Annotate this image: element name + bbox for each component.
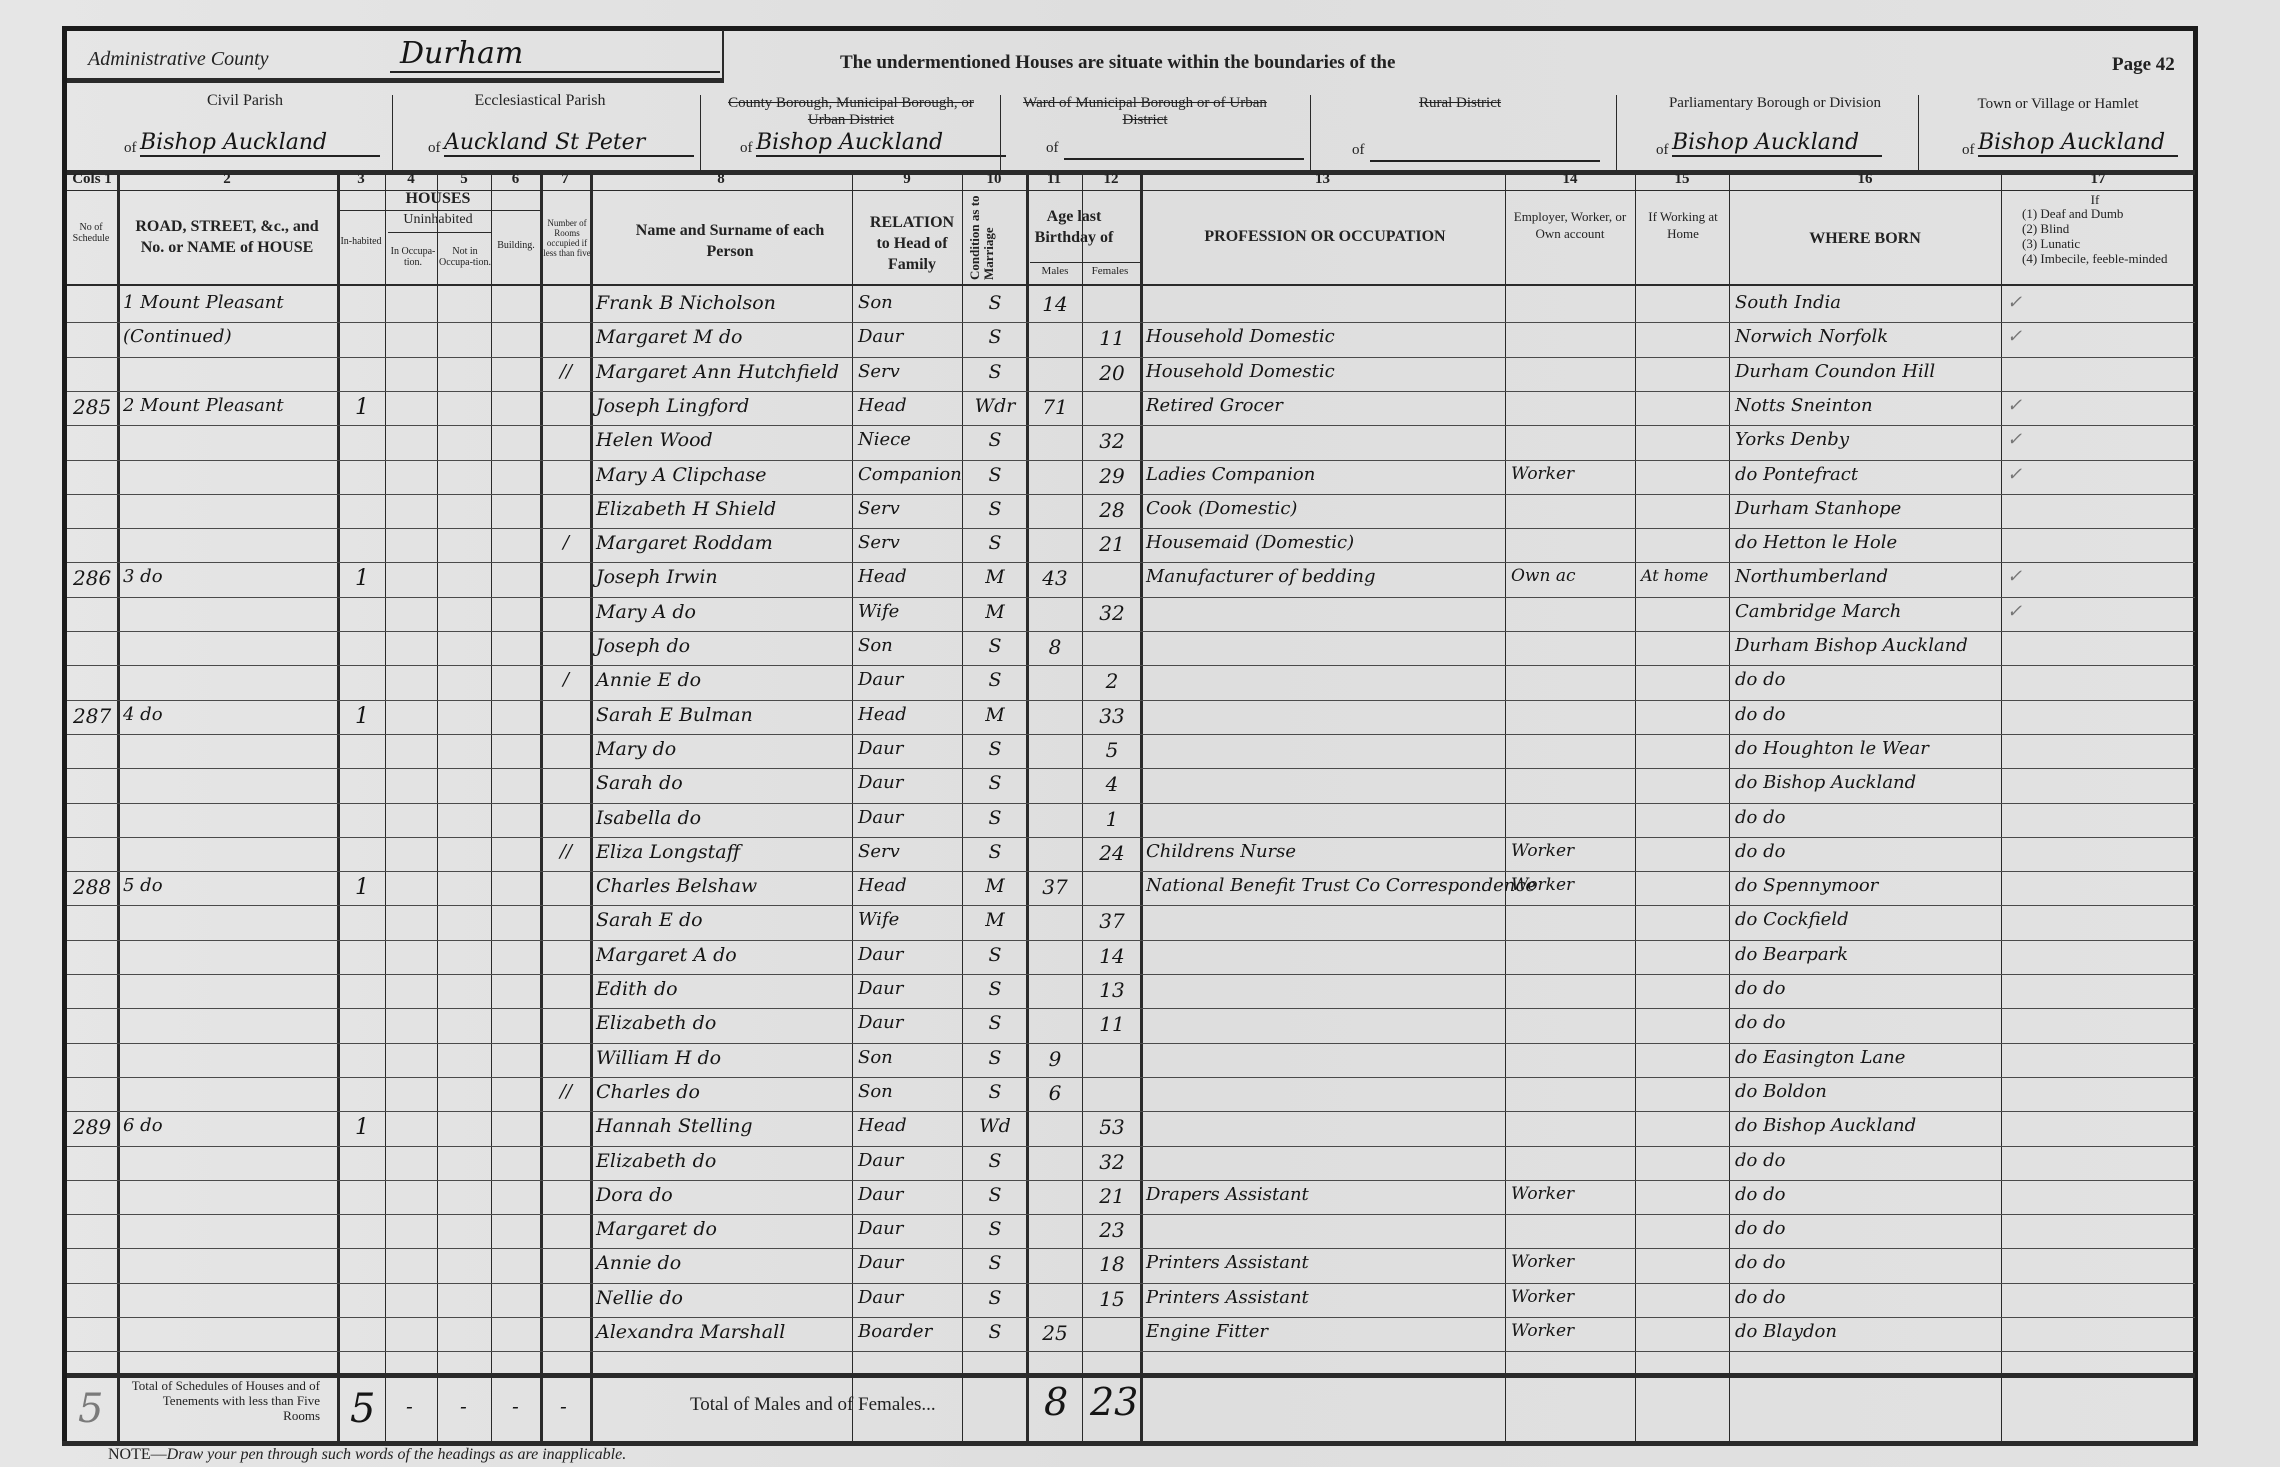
name-cell: Margaret Roddam: [596, 532, 848, 554]
born-cell: do do: [1735, 1012, 1997, 1033]
schedules-total-label: Total of Schedules of Houses and of Tene…: [124, 1378, 320, 1423]
divider: [722, 30, 724, 78]
born-cell: do do: [1735, 704, 1997, 725]
name-cell: Sarah do: [596, 772, 848, 794]
occupation-cell: Printers Assistant: [1146, 1252, 1501, 1273]
female-age-cell: 21: [1088, 532, 1136, 556]
relation-cell: Daur: [858, 1184, 958, 1205]
born-cell: do Houghton le Wear: [1735, 738, 1997, 759]
name-cell: Isabella do: [596, 807, 848, 829]
condition-cell: S: [968, 1047, 1022, 1069]
infirmity-cell: ✓: [2007, 292, 2191, 313]
divider: [67, 78, 724, 83]
born-cell: do do: [1735, 978, 1997, 999]
employer-cell: Worker: [1511, 464, 1631, 484]
infirmity-header: (1) Deaf and Dumb (2) Blind (3) Lunatic …: [2022, 206, 2167, 266]
male-age-cell: 37: [1032, 875, 1078, 899]
born-cell: Notts Sneinton: [1735, 395, 1997, 416]
name-cell: William H do: [596, 1047, 848, 1069]
born-cell: do Boldon: [1735, 1081, 1997, 1102]
born-cell: do Cockfield: [1735, 909, 1997, 930]
condition-cell: S: [968, 669, 1022, 691]
condition-cell: S: [968, 464, 1022, 486]
occupation-cell: Cook (Domestic): [1146, 498, 1501, 519]
schedule-cell: 285: [73, 395, 113, 419]
relation-cell: Serv: [858, 498, 958, 519]
relation-cell: Daur: [858, 1287, 958, 1308]
born-cell: do do: [1735, 807, 1997, 828]
female-age-cell: 5: [1088, 738, 1136, 762]
relation-cell: Head: [858, 1115, 958, 1136]
schedule-cell: 287: [73, 704, 113, 728]
relation-cell: Daur: [858, 1150, 958, 1171]
schedule-cell: 288: [73, 875, 113, 899]
relation-cell: Head: [858, 704, 958, 725]
county-borough-label-text: County Borough, Municipal Borough, or Ur…: [728, 95, 974, 128]
occupation-header: PROFESSION OR OCCUPATION: [1150, 226, 1500, 247]
employer-cell: Own ac: [1511, 566, 1631, 586]
column-number: 8: [590, 171, 852, 188]
female-age-cell: 2: [1088, 669, 1136, 693]
inhabited-cell: 1: [343, 1115, 381, 1140]
rooms-cell: //: [546, 361, 586, 382]
relation-cell: Daur: [858, 669, 958, 690]
female-age-cell: 11: [1088, 326, 1136, 350]
relation-cell: Wife: [858, 601, 958, 622]
footnote-text: Draw your pen through such words of the …: [167, 1446, 627, 1463]
name-cell: Charles Belshaw: [596, 875, 848, 897]
condition-cell: S: [968, 1012, 1022, 1034]
schedule-header: No of Schedule: [66, 222, 116, 244]
infirmity-cell: ✓: [2007, 429, 2191, 450]
condition-cell: S: [968, 1081, 1022, 1103]
rooms-cell: /: [546, 669, 586, 690]
rural-district-label-text: Rural District: [1419, 95, 1501, 111]
condition-cell: S: [968, 978, 1022, 1000]
born-cell: do Pontefract: [1735, 464, 1997, 485]
condition-cell: S: [968, 944, 1022, 966]
born-cell: do Easington Lane: [1735, 1047, 1997, 1068]
condition-cell: S: [968, 1184, 1022, 1206]
ward-label-text: Ward of Municipal Borough or of Urban Di…: [1023, 95, 1267, 128]
not-in-occupation-header: Not in Occupa-tion.: [438, 246, 492, 268]
born-cell: do Spennymoor: [1735, 875, 1997, 896]
column-number: 5: [437, 171, 491, 188]
inhabited-cell: 1: [343, 566, 381, 591]
condition-cell: S: [968, 429, 1022, 451]
divider: [1030, 262, 1140, 263]
rooms-header: Number of Rooms occupied if less than fi…: [542, 218, 592, 258]
relation-cell: Serv: [858, 361, 958, 382]
condition-cell: S: [968, 532, 1022, 554]
females-header: Females: [1082, 265, 1138, 277]
name-cell: Mary A do: [596, 601, 848, 623]
schedules-total: 5: [78, 1386, 103, 1432]
column-number: 3: [337, 171, 385, 188]
of-label: of: [1962, 142, 1975, 159]
condition-cell: Wd: [968, 1115, 1022, 1137]
persons-total-label: Total of Males and of Females...: [690, 1394, 936, 1416]
female-age-cell: 1: [1088, 807, 1136, 831]
condition-cell: S: [968, 498, 1022, 520]
column-number: 4: [385, 171, 437, 188]
road-cell: 4 do: [123, 704, 333, 725]
relation-cell: Head: [858, 395, 958, 416]
born-cell: South India: [1735, 292, 1997, 313]
name-cell: Elizabeth do: [596, 1012, 848, 1034]
town-label: Town or Village or Hamlet: [1926, 96, 2190, 113]
relation-cell: Son: [858, 292, 958, 313]
condition-cell: M: [968, 601, 1022, 623]
born-cell: do Blaydon: [1735, 1321, 1997, 1342]
parliamentary-label: Parliamentary Borough or Division: [1625, 95, 1925, 112]
condition-cell: S: [968, 841, 1022, 863]
condition-cell: S: [968, 1287, 1022, 1309]
road-cell: (Continued): [123, 326, 333, 347]
name-cell: Annie E do: [596, 669, 848, 691]
road-cell: 1 Mount Pleasant: [123, 292, 333, 313]
occupation-cell: Ladies Companion: [1146, 464, 1501, 485]
relation-cell: Niece: [858, 429, 958, 450]
rooms-cell: //: [546, 841, 586, 862]
divider: [392, 95, 393, 175]
condition-cell: S: [968, 807, 1022, 829]
condition-cell: M: [968, 704, 1022, 726]
inhabited-cell: 1: [343, 875, 381, 900]
born-cell: Durham Bishop Auckland: [1735, 635, 1997, 656]
condition-cell: S: [968, 1321, 1022, 1343]
rooms-cell: //: [546, 1081, 586, 1102]
born-cell: do Bishop Auckland: [1735, 1115, 1997, 1136]
road-cell: 5 do: [123, 875, 333, 896]
born-cell: Norwich Norfolk: [1735, 326, 1997, 347]
name-cell: Margaret A do: [596, 944, 848, 966]
born-cell: Northumberland: [1735, 566, 1997, 587]
male-age-cell: 14: [1032, 292, 1078, 316]
divider: [1918, 95, 1919, 175]
relation-cell: Head: [858, 566, 958, 587]
of-label: of: [1352, 142, 1365, 159]
female-age-cell: 33: [1088, 704, 1136, 728]
female-age-cell: 15: [1088, 1287, 1136, 1311]
divider: [388, 232, 492, 233]
born-cell: do do: [1735, 669, 1997, 690]
born-cell: Yorks Denby: [1735, 429, 1997, 450]
inhabited-cell: 1: [343, 704, 381, 729]
relation-cell: Son: [858, 1047, 958, 1068]
born-cell: do Bearpark: [1735, 944, 1997, 965]
occupation-cell: Household Domestic: [1146, 326, 1501, 347]
divider: [1000, 95, 1001, 175]
civil-parish-value: Bishop Auckland: [140, 130, 380, 157]
inhabited-total: 5: [350, 1386, 375, 1432]
occupation-cell: National Benefit Trust Co Correspondence: [1146, 875, 1501, 896]
employer-cell: Worker: [1511, 1252, 1631, 1272]
female-age-cell: 11: [1088, 1012, 1136, 1036]
ecclesiastical-parish-label: Ecclesiastical Parish: [400, 92, 680, 110]
born-cell: do Bishop Auckland: [1735, 772, 1997, 793]
of-label: of: [740, 140, 753, 157]
relation-cell: Head: [858, 875, 958, 896]
inhabited-header: In-habited: [338, 236, 384, 247]
divider: [340, 210, 540, 211]
column-number: 13: [1140, 171, 1505, 188]
column-number: 7: [540, 171, 590, 188]
uninhabited-header: Uninhabited: [386, 212, 490, 228]
relation-cell: Daur: [858, 772, 958, 793]
footnote-prefix: NOTE—: [108, 1446, 167, 1463]
female-age-cell: 29: [1088, 464, 1136, 488]
relation-cell: Son: [858, 1081, 958, 1102]
schedule-cell: 286: [73, 566, 113, 590]
ecclesiastical-parish-value: Auckland St Peter: [444, 130, 694, 157]
infirmity-cell: ✓: [2007, 395, 2191, 416]
column-number: Cols 1: [67, 171, 117, 188]
column-number: 10: [962, 171, 1026, 188]
column-number: 9: [852, 171, 962, 188]
schedule-cell: 289: [73, 1115, 113, 1139]
name-cell: Joseph Lingford: [596, 395, 848, 417]
condition-cell: M: [968, 875, 1022, 897]
relation-cell: Daur: [858, 978, 958, 999]
born-cell: Durham Stanhope: [1735, 498, 1997, 519]
divider: [1616, 95, 1617, 175]
male-age-cell: 25: [1032, 1321, 1078, 1345]
relation-cell: Daur: [858, 738, 958, 759]
at-home-cell: At home: [1641, 566, 1725, 585]
infirmity-option-1: (1) Deaf and Dumb: [2022, 206, 2167, 221]
name-cell: Joseph Irwin: [596, 566, 848, 588]
name-cell: Eliza Longstaff: [596, 841, 848, 863]
employer-cell: Worker: [1511, 841, 1631, 861]
occupation-cell: Printers Assistant: [1146, 1287, 1501, 1308]
admin-county-value: Durham: [390, 36, 720, 73]
condition-cell: Wdr: [968, 395, 1022, 417]
occupation-cell: Retired Grocer: [1146, 395, 1501, 416]
relation-cell: Son: [858, 635, 958, 656]
female-age-cell: 14: [1088, 944, 1136, 968]
born-cell: do do: [1735, 1184, 1997, 1205]
relation-cell: Daur: [858, 807, 958, 828]
column-number: 17: [2001, 171, 2195, 188]
census-page: Administrative County Durham The underme…: [0, 0, 2280, 1467]
name-cell: Elizabeth H Shield: [596, 498, 848, 520]
column-number: 14: [1505, 171, 1635, 188]
relation-cell: Daur: [858, 944, 958, 965]
condition-cell: S: [968, 361, 1022, 383]
relation-cell: Daur: [858, 1012, 958, 1033]
female-age-cell: 23: [1088, 1218, 1136, 1242]
infirmity-cell: ✓: [2007, 464, 2191, 485]
column-number: 12: [1082, 171, 1140, 188]
building-total: -: [512, 1394, 519, 1418]
road-cell: 6 do: [123, 1115, 333, 1136]
condition-header: Condition as to Marriage: [968, 190, 996, 280]
not-in-occupation-total: -: [460, 1394, 467, 1418]
condition-cell: S: [968, 292, 1022, 314]
column-number: 11: [1026, 171, 1082, 188]
born-cell: do do: [1735, 1150, 1997, 1171]
condition-cell: S: [968, 738, 1022, 760]
name-cell: Alexandra Marshall: [596, 1321, 848, 1343]
rural-district-label: Rural District: [1320, 95, 1600, 112]
ward-label: Ward of Municipal Borough or of Urban Di…: [1010, 95, 1280, 129]
infirmity-option-4: (4) Imbecile, feeble-minded: [2022, 251, 2167, 266]
condition-cell: S: [968, 1218, 1022, 1240]
female-age-cell: 37: [1088, 909, 1136, 933]
females-total: 23: [1090, 1380, 1138, 1424]
rural-district-value: [1370, 160, 1600, 162]
relation-cell: Wife: [858, 909, 958, 930]
born-cell: do do: [1735, 1287, 1997, 1308]
in-occupation-total: -: [406, 1394, 413, 1418]
name-cell: Joseph do: [596, 635, 848, 657]
relation-cell: Daur: [858, 1252, 958, 1273]
males-header: Males: [1030, 265, 1080, 277]
occupation-cell: Childrens Nurse: [1146, 841, 1501, 862]
rooms-cell: /: [546, 532, 586, 553]
female-age-cell: 32: [1088, 601, 1136, 625]
employer-cell: Worker: [1511, 1287, 1631, 1307]
born-cell: do do: [1735, 1218, 1997, 1239]
of-label: of: [124, 140, 137, 157]
footnote: NOTE—Draw your pen through such words of…: [108, 1446, 626, 1464]
name-cell: Edith do: [596, 978, 848, 1000]
relation-cell: Boarder: [858, 1321, 958, 1342]
building-header: Building.: [492, 240, 540, 251]
of-label: of: [1656, 142, 1669, 159]
divider: [67, 1373, 2195, 1378]
name-cell: Hannah Stelling: [596, 1115, 848, 1137]
road-cell: 3 do: [123, 566, 333, 587]
condition-cell: S: [968, 1150, 1022, 1172]
infirmity-option-3: (3) Lunatic: [2022, 236, 2167, 251]
civil-parish-label: Civil Parish: [100, 92, 390, 110]
name-cell: Mary do: [596, 738, 848, 760]
column-number: 16: [1729, 171, 2001, 188]
divider: [700, 95, 701, 175]
name-cell: Sarah E Bulman: [596, 704, 848, 726]
admin-county-label: Administrative County: [88, 48, 269, 71]
in-occupation-header: In Occupa-tion.: [388, 246, 438, 268]
name-cell: Mary A Clipchase: [596, 464, 848, 486]
condition-cell: S: [968, 772, 1022, 794]
relation-cell: Serv: [858, 532, 958, 553]
inhabited-cell: 1: [343, 395, 381, 420]
name-cell: Dora do: [596, 1184, 848, 1206]
female-age-cell: 24: [1088, 841, 1136, 865]
rooms-total: -: [560, 1394, 567, 1418]
road-header: ROAD, STREET, &c., and No. or NAME of HO…: [122, 216, 332, 258]
female-age-cell: 32: [1088, 1150, 1136, 1174]
males-total: 8: [1044, 1380, 1068, 1424]
infirmity-option-2: (2) Blind: [2022, 221, 2167, 236]
born-cell: do do: [1735, 1252, 1997, 1273]
employer-cell: Worker: [1511, 875, 1631, 895]
parliamentary-value: Bishop Auckland: [1672, 130, 1882, 157]
working-home-header: If Working at Home: [1638, 208, 1728, 242]
male-age-cell: 71: [1032, 395, 1078, 419]
female-age-cell: 53: [1088, 1115, 1136, 1139]
infirmity-cell: ✓: [2007, 326, 2191, 347]
name-cell: Helen Wood: [596, 429, 848, 451]
where-born-header: WHERE BORN: [1730, 228, 2000, 249]
female-age-cell: 18: [1088, 1252, 1136, 1276]
male-age-cell: 9: [1032, 1047, 1078, 1071]
male-age-cell: 43: [1032, 566, 1078, 590]
name-cell: Sarah E do: [596, 909, 848, 931]
name-cell: Margaret M do: [596, 326, 848, 348]
female-age-cell: 32: [1088, 429, 1136, 453]
born-cell: Cambridge March: [1735, 601, 1997, 622]
road-cell: 2 Mount Pleasant: [123, 395, 333, 416]
of-label: of: [1046, 140, 1059, 157]
relation-cell: Companion: [858, 464, 958, 485]
divider: [67, 284, 2195, 286]
name-cell: Margaret do: [596, 1218, 848, 1240]
name-cell: Nellie do: [596, 1287, 848, 1309]
age-header: Age last Birthday of: [1030, 206, 1118, 248]
born-cell: do Hetton le Hole: [1735, 532, 1997, 553]
title-line: The undermentioned Houses are situate wi…: [840, 52, 1395, 74]
relation-header: RELATION to Head of Family: [862, 212, 962, 275]
name-cell: Elizabeth do: [596, 1150, 848, 1172]
name-cell: Charles do: [596, 1081, 848, 1103]
infirmity-cell: ✓: [2007, 601, 2191, 622]
divider: [1310, 95, 1311, 175]
relation-cell: Daur: [858, 326, 958, 347]
relation-cell: Serv: [858, 841, 958, 862]
occupation-cell: Drapers Assistant: [1146, 1184, 1501, 1205]
town-value: Bishop Auckland: [1978, 130, 2178, 157]
male-age-cell: 8: [1032, 635, 1078, 659]
occupation-cell: Household Domestic: [1146, 361, 1501, 382]
name-cell: Margaret Ann Hutchfield: [596, 361, 848, 383]
relation-cell: Daur: [858, 1218, 958, 1239]
condition-cell: M: [968, 909, 1022, 931]
name-cell: Frank B Nicholson: [596, 292, 848, 314]
condition-cell: M: [968, 566, 1022, 588]
female-age-cell: 13: [1088, 978, 1136, 1002]
female-age-cell: 4: [1088, 772, 1136, 796]
infirmity-cell: ✓: [2007, 566, 2191, 587]
of-label: of: [428, 140, 441, 157]
occupation-cell: Housemaid (Domestic): [1146, 532, 1501, 553]
female-age-cell: 20: [1088, 361, 1136, 385]
occupation-cell: Engine Fitter: [1146, 1321, 1501, 1342]
county-borough-value: Bishop Auckland: [756, 130, 1006, 157]
name-cell: Annie do: [596, 1252, 848, 1274]
born-cell: do do: [1735, 841, 1997, 862]
female-age-cell: 28: [1088, 498, 1136, 522]
male-age-cell: 6: [1032, 1081, 1078, 1105]
condition-cell: S: [968, 326, 1022, 348]
ward-value: [1064, 158, 1304, 160]
name-header: Name and Surname of each Person: [620, 220, 840, 262]
column-number: 15: [1635, 171, 1729, 188]
houses-header: HOUSES: [338, 188, 538, 209]
row-rule: [67, 1351, 2195, 1352]
condition-cell: S: [968, 635, 1022, 657]
born-cell: Durham Coundon Hill: [1735, 361, 1997, 382]
employer-header: Employer, Worker, or Own account: [1505, 208, 1635, 242]
employer-cell: Worker: [1511, 1184, 1631, 1204]
condition-cell: S: [968, 1252, 1022, 1274]
employer-cell: Worker: [1511, 1321, 1631, 1341]
column-number: 6: [491, 171, 540, 188]
county-borough-label: County Borough, Municipal Borough, or Ur…: [716, 95, 986, 129]
female-age-cell: 21: [1088, 1184, 1136, 1208]
